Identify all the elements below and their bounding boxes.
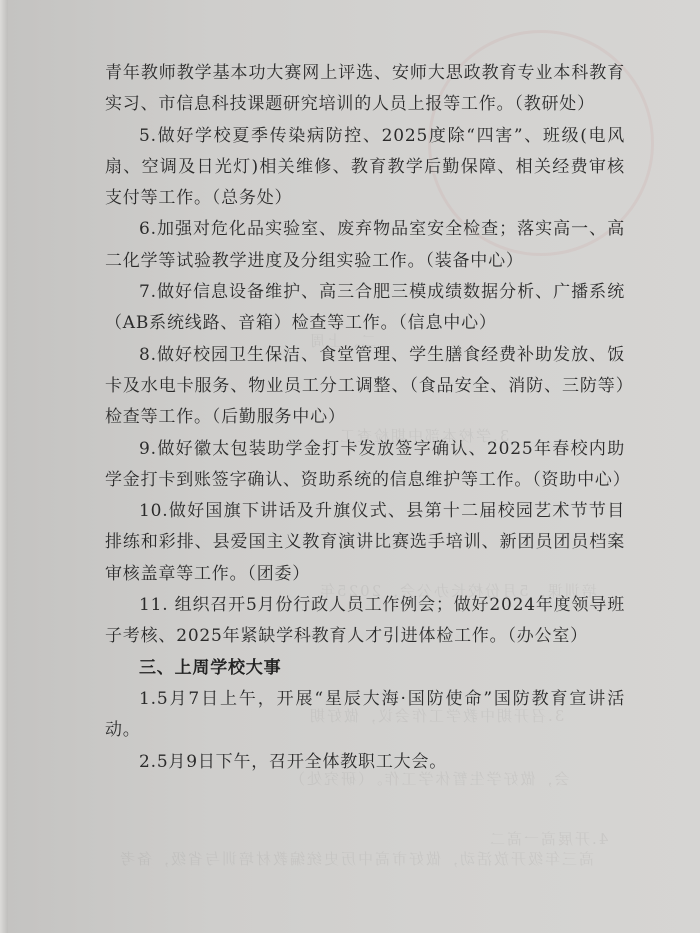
work-item-10: 10.做好国旗下讲话及升旗仪式、县第十二届校园艺术节节目排练和彩排、县爱国主义教… — [105, 496, 625, 590]
work-item-6: 6.加强对危化品实验室、废弃物品室安全检查；落实高一、高二化学等试验教学进度及分… — [105, 214, 625, 277]
event-item-1: 1.5月7日上午，开展“星辰大海·国防使命”国防教育宣讲活动。 — [105, 684, 625, 747]
work-item-5: 5.做好学校夏季传染病防控、2025度除“四害”、班级(电风扇、空调及日光灯)相… — [105, 121, 625, 215]
work-item-9: 9.做好徽太包装助学金打卡发放签字确认、2025年春校内助学金打卡到账签字确认、… — [105, 434, 625, 497]
bleed-through-text: 4.开展高一高二 — [488, 828, 608, 849]
document-body: 青年教师教学基本功大赛网上评选、安师大思政教育专业本科教育实习、市信息科技课题研… — [105, 58, 625, 778]
event-item-2: 2.5月9日下午，召开全体教职工大会。 — [105, 747, 625, 778]
page-edge-strip — [0, 0, 8, 933]
work-item-11: 11. 组织召开5月份行政人员工作例会；做好2024年度领导班子考核、2025年… — [105, 590, 625, 653]
section-heading: 三、上周学校大事 — [105, 653, 625, 684]
work-item-8: 8.做好校园卫生保洁、食堂管理、学生膳食经费补助发放、饭卡及水电卡服务、物业员工… — [105, 340, 625, 434]
bleed-through-text: 高三年级开放活动，做好市高中历史统编教材培训与省级，备考 — [118, 848, 594, 869]
work-item-7: 7.做好信息设备维护、高三合肥三模成绩数据分析、广播系统（AB系统线路、音箱）检… — [105, 277, 625, 340]
paragraph-continuation: 青年教师教学基本功大赛网上评选、安师大思政教育专业本科教育实习、市信息科技课题研… — [105, 58, 625, 121]
